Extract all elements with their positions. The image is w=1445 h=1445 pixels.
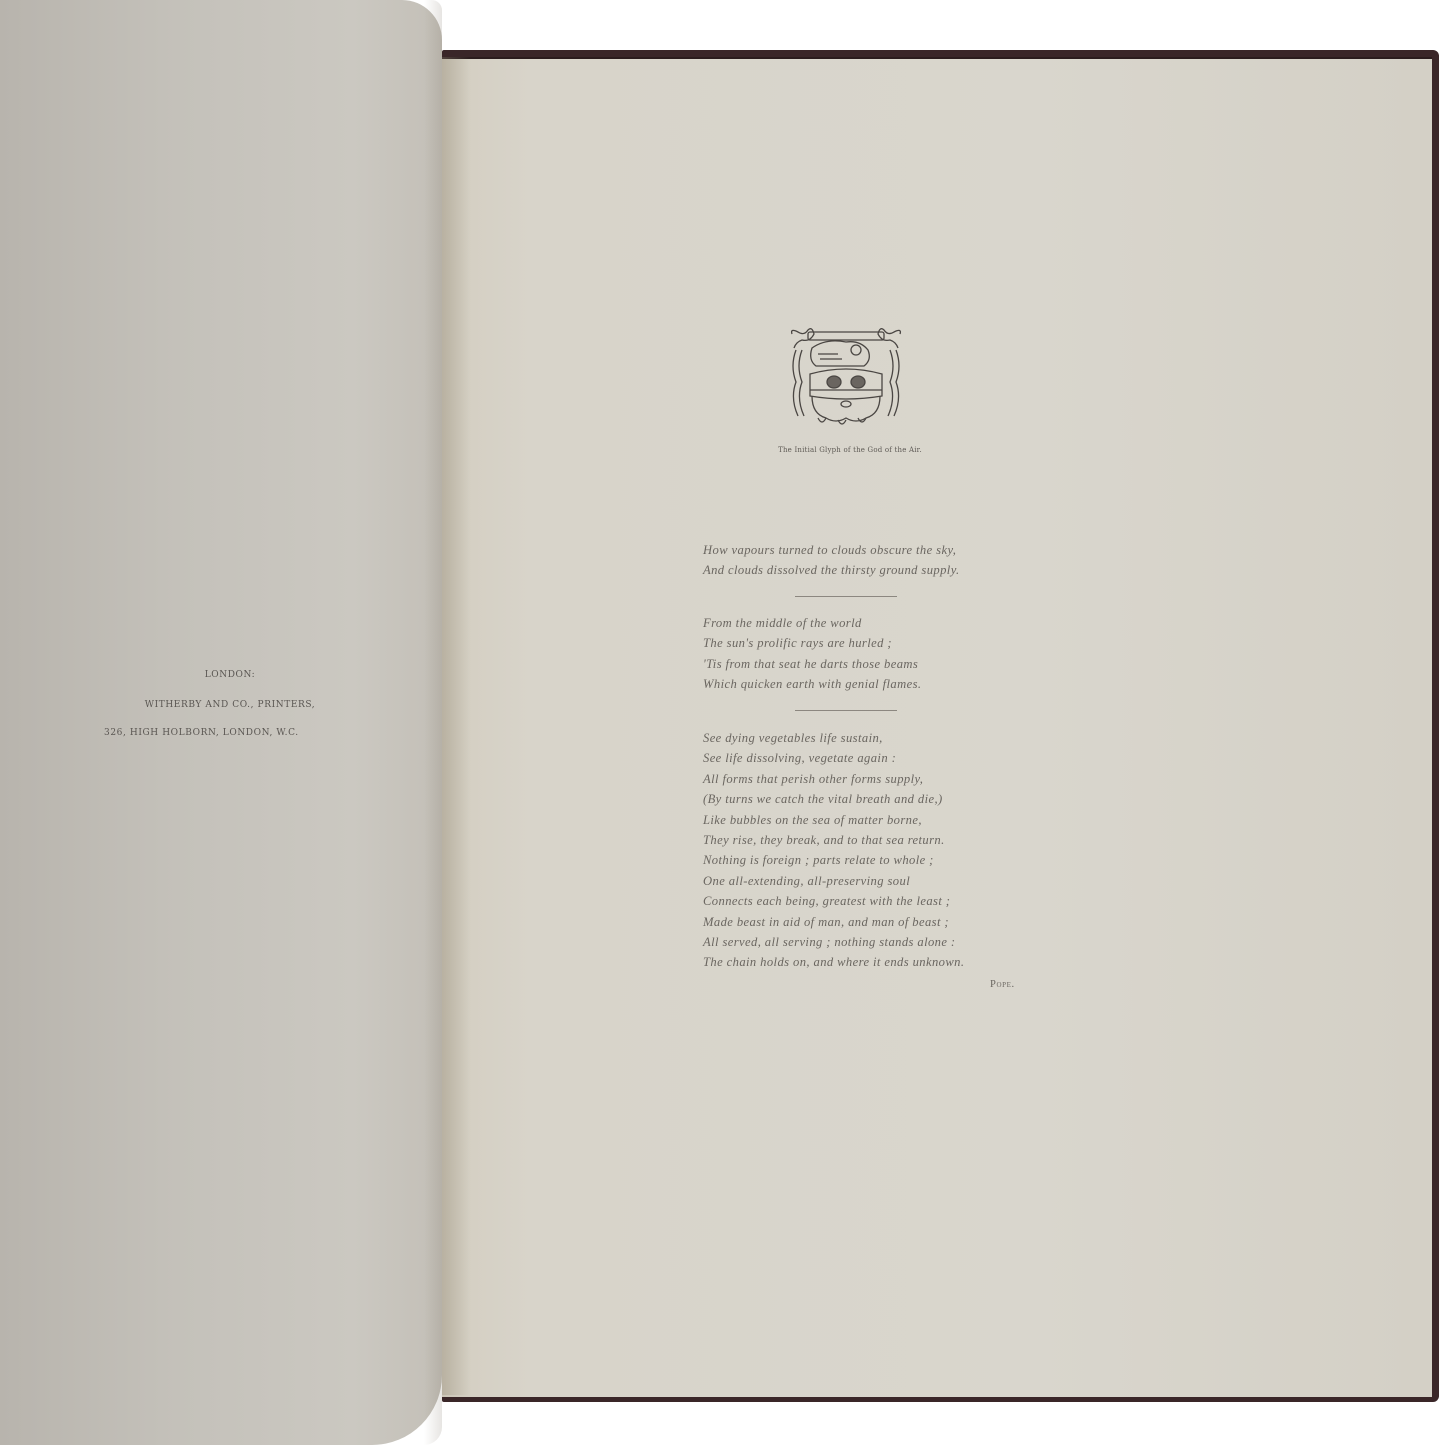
stanza-divider: [795, 710, 897, 711]
poem-line: Which quicken earth with genial flames.: [703, 674, 1043, 694]
poem-line: The chain holds on, and where it ends un…: [703, 952, 1043, 972]
poem-stanza-2: From the middle of the world The sun's p…: [703, 613, 1043, 695]
poem-line: 'Tis from that seat he darts those beams: [703, 654, 1043, 674]
poem-stanza-1: How vapours turned to clouds obscure the…: [703, 540, 1043, 581]
poem-line: They rise, they break, and to that sea r…: [703, 830, 1043, 850]
poem-line: See life dissolving, vegetate again :: [703, 748, 1043, 768]
poem-attribution: Pope.: [990, 979, 1015, 990]
stanza-divider: [795, 596, 897, 597]
poem-line: How vapours turned to clouds obscure the…: [703, 540, 1043, 560]
poem-line: Connects each being, greatest with the l…: [703, 891, 1043, 911]
imprint-city: LONDON:: [100, 670, 360, 680]
poem-line: From the middle of the world: [703, 613, 1043, 633]
poem-line: Made beast in aid of man, and man of bea…: [703, 912, 1043, 932]
mayan-glyph-icon: [786, 326, 906, 428]
glyph-caption: The Initial Glyph of the God of the Air.: [700, 446, 1000, 454]
gutter-shadow: [442, 57, 470, 1395]
poem-stanza-3: See dying vegetables life sustain, See l…: [703, 728, 1043, 973]
poem-line: See dying vegetables life sustain,: [703, 728, 1043, 748]
left-page: LONDON: WITHERBY AND CO., PRINTERS, 326,…: [0, 0, 442, 1445]
poem-line: All forms that perish other forms supply…: [703, 769, 1043, 789]
imprint-address: 326, HIGH HOLBORN, LONDON, W.C.: [100, 728, 360, 738]
poem-line: One all-extending, all-preserving soul: [703, 871, 1043, 891]
right-page: [442, 57, 1432, 1397]
poem-line: The sun's prolific rays are hurled ;: [703, 633, 1043, 653]
imprint-printer: WITHERBY AND CO., PRINTERS,: [100, 700, 360, 710]
poem-line: Nothing is foreign ; parts relate to who…: [703, 850, 1043, 870]
printer-imprint: LONDON: WITHERBY AND CO., PRINTERS, 326,…: [100, 670, 360, 756]
open-book: LONDON: WITHERBY AND CO., PRINTERS, 326,…: [0, 0, 1445, 1445]
poem-line: All served, all serving ; nothing stands…: [703, 932, 1043, 952]
poem-line: (By turns we catch the vital breath and …: [703, 789, 1043, 809]
poem-line: Like bubbles on the sea of matter borne,: [703, 810, 1043, 830]
poem-line: And clouds dissolved the thirsty ground …: [703, 560, 1043, 580]
